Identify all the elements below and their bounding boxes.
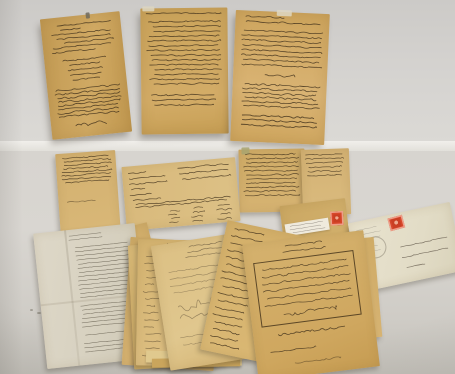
handwriting-lines [64,197,100,204]
pin [86,12,91,18]
handwriting-lines [150,92,218,108]
scribble-patch [215,201,236,221]
handwriting-lines [59,154,114,186]
handwriting-lines [239,81,321,111]
document-with-drawn-box [242,230,380,374]
document-top-note [55,150,121,237]
surface-speck [30,309,33,311]
signature-flourish [261,70,299,79]
handwriting-lines [258,255,354,311]
handwriting-lines [146,19,223,87]
handwriting-lines [57,53,114,84]
standing-letter-center [140,8,228,135]
handwriting-lines [144,9,224,16]
standing-letter-left [40,11,132,140]
stamp-design [391,218,401,228]
stamp-design [333,214,341,223]
postage-stamp [330,211,344,226]
scribble-patch [166,208,183,225]
surface-speck [37,312,41,314]
handwriting-lines [241,13,324,27]
typed-heading [60,230,110,243]
scribble-patch [189,205,209,223]
handwriting-lines [239,112,319,130]
photograph-of-document-lot [0,0,455,374]
document-dense-note [238,148,305,212]
signature-flourish [73,118,110,130]
handwriting-lines [126,167,172,204]
standing-letter-right [230,10,330,145]
hand-drawn-box [253,250,361,328]
printed-address-lines [288,220,327,236]
document-flat-annotated [121,157,240,231]
postage-stamp [387,215,405,231]
handwriting-lines [238,27,324,70]
handwritten-address [396,231,455,274]
handwriting-lines [242,152,302,198]
handwriting-lines [48,18,117,56]
handwriting-lines [54,83,125,120]
handwriting-lines [304,152,347,179]
handwriting-lines [176,160,232,181]
